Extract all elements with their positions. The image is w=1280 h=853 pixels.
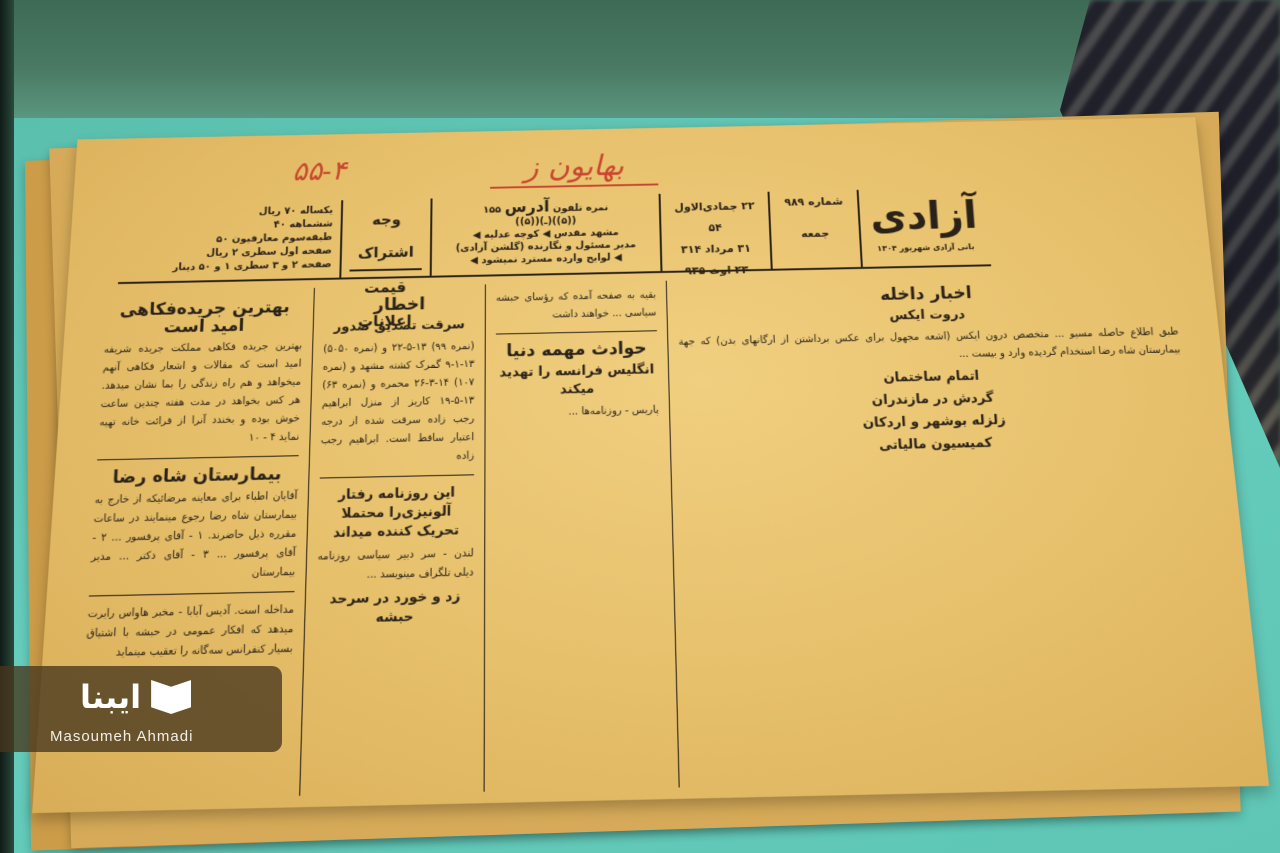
address-title: آدرس [505,197,550,216]
article-body: مداخله است. آدیس آبابا - مخبر هاواس رایر… [85,601,295,664]
headline: زد و خورد در سرحد حبشه [316,587,474,629]
newspaper-name: آزادی [867,191,981,241]
headline: بهترین جریده‌فکاهی امید است [105,298,304,338]
column-world-news: بقیه به صفحه آمده که رؤسای حبشه سیاسی ..… [484,281,679,792]
article-body: (نمره ۹۹) ۱۳-۵-۲۲ و (نمره ۵۰۵۰) ۱۳-۱-۹ گ… [320,338,475,469]
phone-number: ۱۵۵ [483,205,501,216]
headline: بیمارستان شاه رضا [96,464,299,487]
masthead-logo: آزادی بانی آزادی شهریور ۱۳۰۴ [857,187,991,267]
red-catalog-code: ۵۵-۴ [292,155,347,187]
article-body: طبق اطلاع حاصله مسیو ... متخصص درون ایکس… [678,324,1181,370]
book-icon [151,680,191,714]
red-handwritten-title: بهایون ز [490,149,658,189]
date-solar: ۳۱ مرداد ۳۱۴ [670,238,763,261]
issue-info: شماره ۹۸۹ جمعه [768,190,861,269]
headline: اخطار [324,294,475,315]
article-body: لندن - سر دبیر سیاسی روزنامه دیلی تلگراف… [317,545,474,587]
column-notice: اخطار سرقت تصدیق صدور (نمره ۹۹) ۱۳-۵-۲۲ … [299,284,485,795]
article-body: بقیه به صفحه آمده که رؤسای حبشه سیاسی ..… [496,287,657,326]
subscription-title: وجه اشتراک [350,202,423,269]
subheadline: انگلیس فرانسه را تهدید میکند [496,361,659,401]
photographer-credit: Masoumeh Ahmadi [50,728,193,745]
newspaper-founder: بانی آزادی شهریور ۱۳۰۴ [869,239,982,256]
photo-watermark: ایبنا Masoumeh Ahmadi [0,666,282,752]
column-domestic-news: اخبار داخله دروت ایکس طبق اطلاع حاصله مس… [666,270,1236,787]
headline: حوادث مهمه دنیا [496,339,658,360]
issue-number: شماره ۹۸۹ [778,194,850,210]
article-body: پاریس - روزنامه‌ها ... [496,402,659,424]
article-body: بهترین جریده فکاهی مملکت جریده شریفه امی… [98,338,303,452]
article-body: آقایان اطباء برای معاینه مرضائیکه از خار… [89,487,297,587]
address-block: نمره تلفون آدرس ۱۵۵ ((۵))(ـ)((۵)) مشهد م… [430,194,661,276]
headline: این روزنامه رفتار آلونیزی‌را محتملا تحری… [318,484,474,544]
subscription-block: وجه اشتراک قیمت اعلانات [339,199,430,278]
folder-back-panel [0,0,1140,125]
masthead: آزادی بانی آزادی شهریور ۱۳۰۴ شماره ۹۸۹ ج… [118,187,991,284]
rates-block: یکساله ۷۰ ریال ششماهه ۴۰ طبقه‌سوم معارفی… [118,200,341,282]
phone-label: نمره تلفون [553,203,609,215]
ibna-logo: ایبنا [80,678,191,716]
weekday: جمعه [779,225,851,241]
dates: ۲۲ جمادی‌الاول ۵۴ ۳۱ مرداد ۳۱۴ ۲۳ اوت ۹۳… [659,192,771,271]
logo-text: ایبنا [80,678,141,716]
subheadline: سرقت تصدیق صدور [324,316,475,337]
date-lunar: ۲۲ جمادی‌الاول ۵۴ [669,196,762,240]
rate-line: صفحه ۲ و ۳ سطری ۱ و ۵۰ دینار [126,258,331,276]
